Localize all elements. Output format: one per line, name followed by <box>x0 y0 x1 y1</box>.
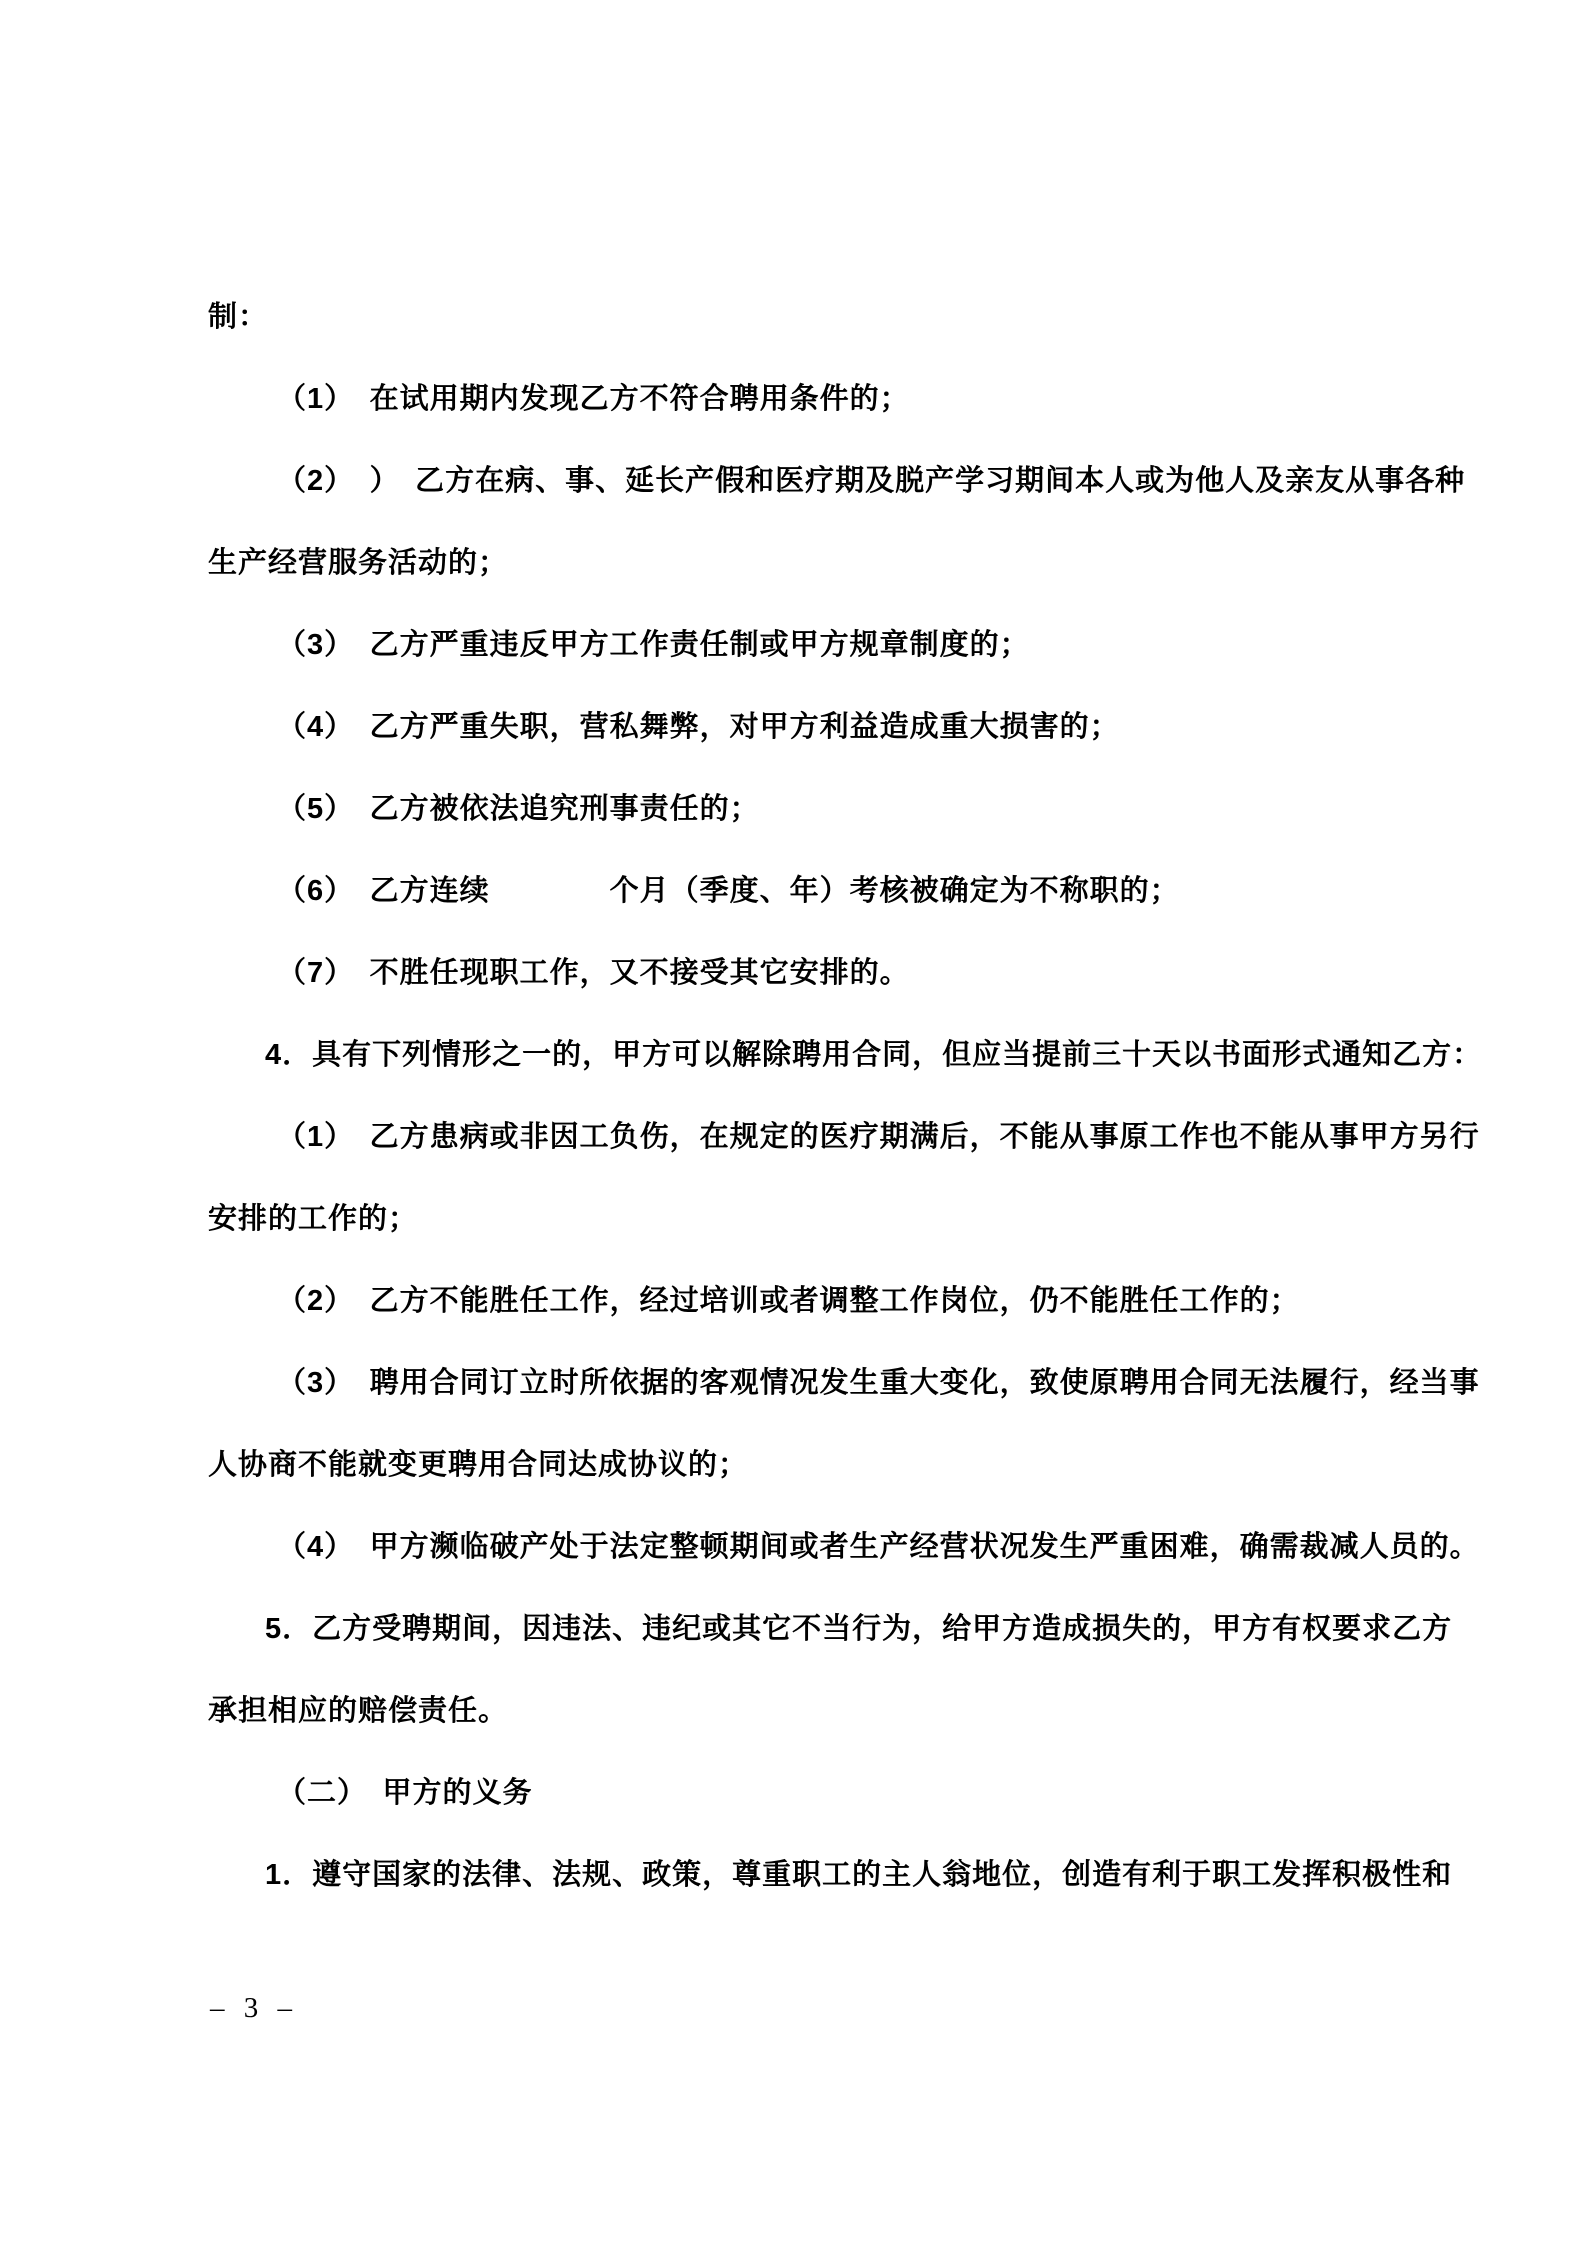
text-line: （5） 乙方被依法追究刑事责任的； <box>208 768 1456 850</box>
text-line: （1） 乙方患病或非因工负伤，在规定的医疗期满后，不能从事原工作也不能从事甲方另… <box>208 1096 1456 1178</box>
text-line: 安排的工作的； <box>208 1178 1456 1260</box>
text-line: （6） 乙方连续 个月（季度、年）考核被确定为不称职的； <box>208 850 1456 932</box>
text-line: 承担相应的赔偿责任。 <box>208 1670 1456 1752</box>
text-line: 生产经营服务活动的； <box>208 522 1456 604</box>
text-line: （1） 在试用期内发现乙方不符合聘用条件的； <box>208 358 1456 440</box>
text-line: （4） 乙方严重失职，营私舞弊，对甲方利益造成重大损害的； <box>208 686 1456 768</box>
text-line: 人协商不能就变更聘用合同达成协议的； <box>208 1424 1456 1506</box>
text-line: （3） 乙方严重违反甲方工作责任制或甲方规章制度的； <box>208 604 1456 686</box>
text-line: 1．遵守国家的法律、法规、政策，尊重职工的主人翁地位，创造有利于职工发挥积极性和 <box>208 1834 1456 1916</box>
contract-text-block: 制：（1） 在试用期内发现乙方不符合聘用条件的；（2） ） 乙方在病、事、延长产… <box>208 276 1456 1916</box>
text-line: （3） 聘用合同订立时所依据的客观情况发生重大变化，致使原聘用合同无法履行，经当… <box>208 1342 1456 1424</box>
text-line: （2） ） 乙方在病、事、延长产假和医疗期及脱产学习期间本人或为他人及亲友从事各… <box>208 440 1456 522</box>
text-line: 5．乙方受聘期间，因违法、违纪或其它不当行为，给甲方造成损失的，甲方有权要求乙方 <box>208 1588 1456 1670</box>
text-line: 制： <box>208 276 1456 358</box>
text-line: 4．具有下列情形之一的，甲方可以解除聘用合同，但应当提前三十天以书面形式通知乙方… <box>208 1014 1456 1096</box>
page-number: – 3 – <box>210 1992 293 2025</box>
text-line: （7） 不胜任现职工作，又不接受其它安排的。 <box>208 932 1456 1014</box>
text-line: （2） 乙方不能胜任工作，经过培训或者调整工作岗位，仍不能胜任工作的； <box>208 1260 1456 1342</box>
document-page: 制：（1） 在试用期内发现乙方不符合聘用条件的；（2） ） 乙方在病、事、延长产… <box>0 0 1586 2244</box>
text-line: （二） 甲方的义务 <box>208 1752 1456 1834</box>
text-line: （4） 甲方濒临破产处于法定整顿期间或者生产经营状况发生严重困难，确需裁减人员的… <box>208 1506 1456 1588</box>
